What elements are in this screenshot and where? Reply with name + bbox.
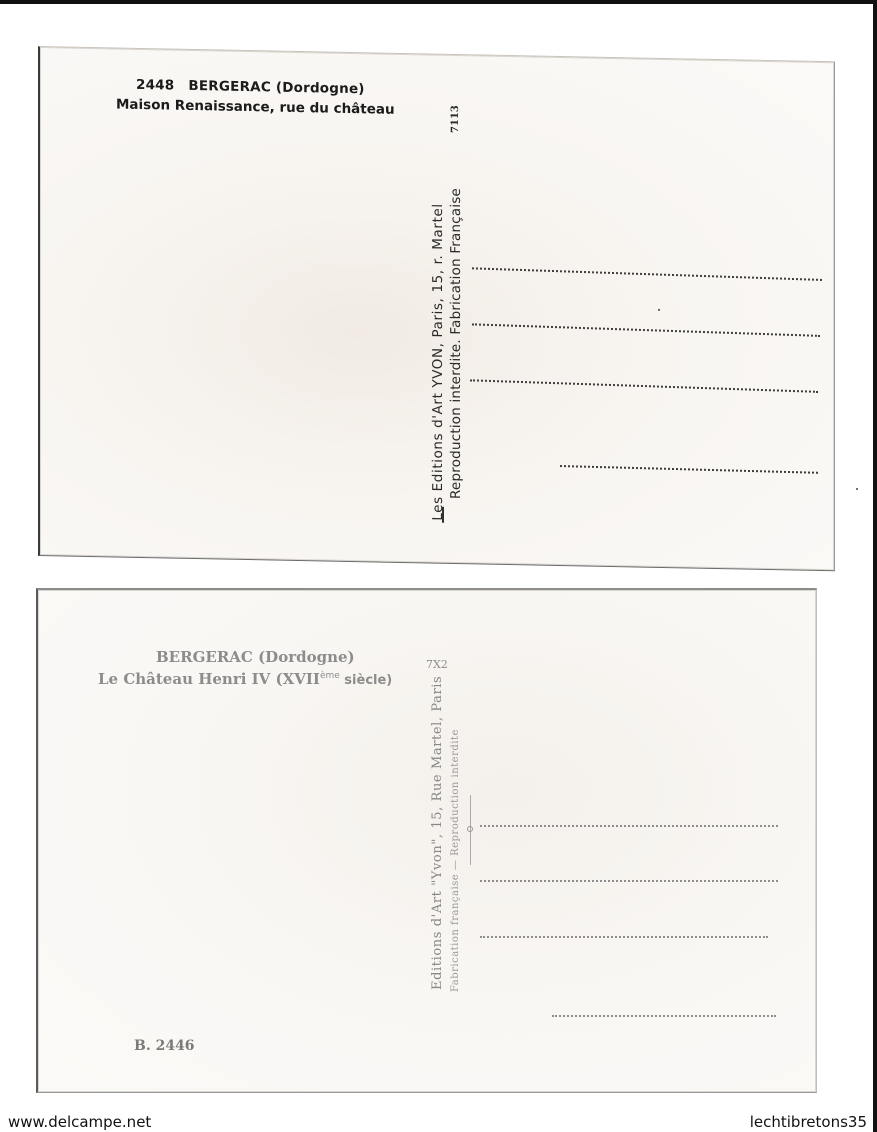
scan-frame-top bbox=[0, 0, 877, 4]
postcard-1-subtitle: Maison Renaissance, rue du château bbox=[116, 96, 395, 117]
postcard-1-print-code: 7113 bbox=[450, 105, 461, 133]
address-line bbox=[472, 267, 822, 281]
postcard-2-print-code: 7X2 bbox=[426, 658, 448, 671]
postcard-1-rights: Reproduction interdite. Fabrication Fran… bbox=[448, 188, 464, 499]
postcard-2-publisher: Editions d'Art "Yvon", 15, Rue Martel, P… bbox=[430, 676, 445, 990]
postcard-2-title: BERGERAC (Dordogne) bbox=[156, 648, 355, 666]
postcard-1-title: 2448BERGERAC (Dordogne) bbox=[136, 77, 365, 97]
postcard-1-divider-mark bbox=[442, 507, 444, 523]
postcard-1-place: BERGERAC (Dordogne) bbox=[188, 78, 364, 97]
postcard-2-subtitle-main: Le Château Henri IV (XVII bbox=[98, 670, 320, 688]
postcard-2-divider-ornament bbox=[467, 826, 473, 832]
address-line bbox=[470, 379, 818, 393]
footer-seller: lechtibretons35 bbox=[750, 1113, 867, 1131]
postcard-1: 2448BERGERAC (Dordogne) Maison Renaissan… bbox=[38, 46, 835, 571]
postcard-1-number: 2448 bbox=[136, 77, 174, 94]
postcard-2-subtitle: Le Château Henri IV (XVIIème siècle) bbox=[98, 670, 392, 688]
postcard-2-subtitle-end: siècle) bbox=[340, 673, 392, 688]
address-line bbox=[480, 936, 768, 938]
paper-speck bbox=[658, 309, 660, 311]
postcard-2-subtitle-sup: ème bbox=[320, 671, 340, 681]
address-line bbox=[472, 323, 820, 337]
footer-website: www.delcampe.net bbox=[8, 1113, 151, 1131]
postcard-2: BERGERAC (Dordogne) Le Château Henri IV … bbox=[36, 588, 817, 1093]
scan-speck bbox=[856, 488, 858, 490]
address-line bbox=[480, 880, 778, 882]
address-line bbox=[552, 1015, 776, 1017]
postcard-1-publisher: Les Editions d'Art YVON, Paris, 15, r. M… bbox=[430, 203, 446, 521]
postcard-2-reference: B. 2446 bbox=[134, 1038, 195, 1054]
address-line bbox=[480, 825, 778, 827]
scan-frame-right bbox=[873, 0, 877, 1132]
address-line bbox=[560, 465, 818, 474]
postcard-2-rights: Fabrication française — Reproduction int… bbox=[450, 729, 461, 992]
